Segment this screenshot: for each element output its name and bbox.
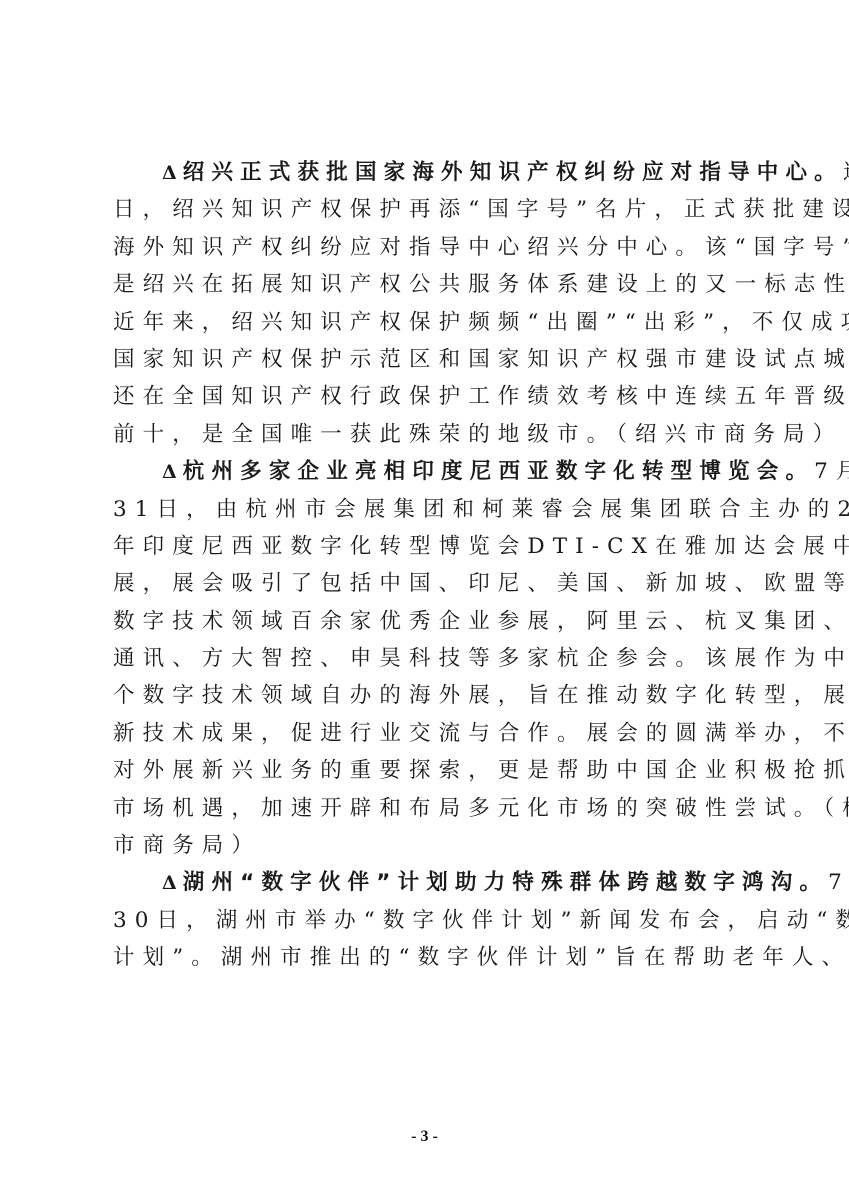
delta-bullet-icon: Δ	[162, 454, 177, 491]
document-body: Δ绍兴正式获批国家海外知识产权纠纷应对指导中心。近 日，绍兴知识产权保护再添“国…	[113, 154, 745, 977]
news-heading-line: Δ湖州“数字伙伴”计划助力特殊群体跨越数字鸿沟。7月	[113, 864, 745, 901]
body-text: 7月	[814, 459, 849, 484]
body-line: 市场机遇，加速开辟和布局多元化市场的突破性尝试。（杭州	[113, 790, 745, 827]
body-line: 计划”。湖州市推出的“数字伙伴计划”旨在帮助老年人、残疾人	[113, 939, 745, 976]
body-line: 个数字技术领域自办的海外展，旨在推动数字化转型，展示最	[113, 677, 745, 714]
body-line: 还在全国知识产权行政保护工作绩效考核中连续五年晋级全国	[113, 378, 745, 415]
body-line: 31日，由杭州市会展集团和柯莱睿会展集团联合主办的2024	[113, 491, 745, 528]
page-number: - 3 -	[0, 1128, 849, 1146]
delta-bullet-icon: Δ	[162, 865, 177, 902]
body-line: 对外展新兴业务的重要探索，更是帮助中国企业积极抢抓海外	[113, 752, 745, 789]
body-line: 前十，是全国唯一获此殊荣的地级市。（绍兴市商务局）	[113, 416, 745, 453]
body-line: 30日，湖州市举办“数字伙伴计划”新闻发布会，启动“数字伙伴	[113, 902, 745, 939]
body-line: 是绍兴在拓展知识产权公共服务体系建设上的又一标志性成果。	[113, 266, 745, 303]
body-line: 市商务局）	[113, 827, 745, 864]
body-line: 通讯、方大智控、申昊科技等多家杭企参会。该展作为中国首	[113, 640, 745, 677]
news-item-hangzhou: Δ杭州多家企业亮相印度尼西亚数字化转型博览会。7月 31日，由杭州市会展集团和柯…	[113, 453, 745, 864]
news-heading: 绍兴正式获批国家海外知识产权纠纷应对指导中心。	[183, 160, 843, 185]
news-heading-line: Δ杭州多家企业亮相印度尼西亚数字化转型博览会。7月	[113, 453, 745, 490]
body-line: 新技术成果，促进行业交流与合作。展会的圆满举办，不仅是	[113, 715, 745, 752]
body-line: 数字技术领域百余家优秀企业参展，阿里云、杭叉集团、万隆	[113, 603, 745, 640]
news-heading: 湖州“数字伙伴”计划助力特殊群体跨越数字鸿沟。	[183, 870, 828, 895]
news-heading: 杭州多家企业亮相印度尼西亚数字化转型博览会。	[183, 459, 814, 484]
body-line: 海外知识产权纠纷应对指导中心绍兴分中心。该“国字号”试点	[113, 229, 745, 266]
body-line: 国家知识产权保护示范区和国家知识产权强市建设试点城市，	[113, 341, 745, 378]
body-line: 年印度尼西亚数字化转型博览会DTI-CX在雅加达会展中心开	[113, 528, 745, 565]
body-text: 7月	[828, 870, 849, 895]
news-item-huzhou: Δ湖州“数字伙伴”计划助力特殊群体跨越数字鸿沟。7月 30日，湖州市举办“数字伙…	[113, 864, 745, 976]
body-line: 日，绍兴知识产权保护再添“国字号”名片，正式获批建设国家	[113, 191, 745, 228]
news-item-shaoxing: Δ绍兴正式获批国家海外知识产权纠纷应对指导中心。近 日，绍兴知识产权保护再添“国…	[113, 154, 745, 453]
body-line: 近年来，绍兴知识产权保护频频“出圈”“出彩”，不仅成功入选	[113, 304, 745, 341]
delta-bullet-icon: Δ	[162, 155, 177, 192]
body-text: 近	[843, 160, 849, 185]
news-heading-line: Δ绍兴正式获批国家海外知识产权纠纷应对指导中心。近	[113, 154, 745, 191]
body-line: 展，展会吸引了包括中国、印尼、美国、新加坡、欧盟等地区	[113, 565, 745, 602]
